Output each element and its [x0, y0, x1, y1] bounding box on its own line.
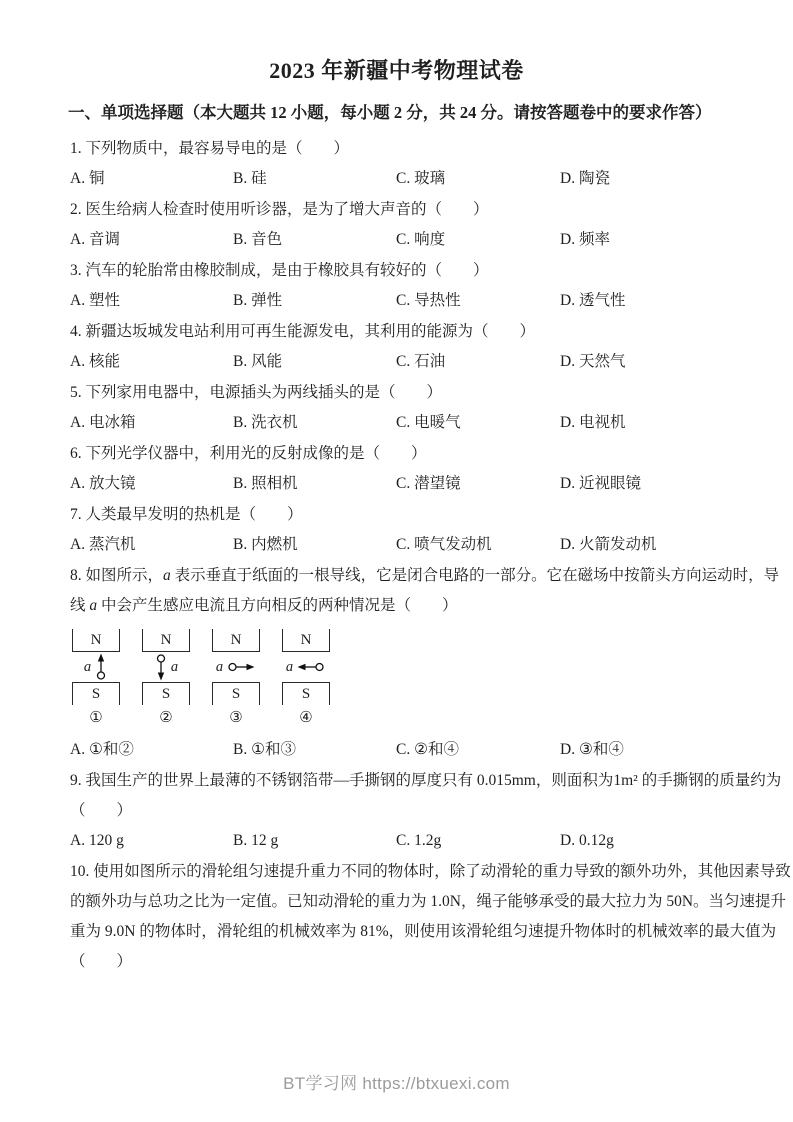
options-row: A. 放大镜B. 照相机C. 潜望镜D. 近视眼镜 [70, 469, 730, 499]
wire-label: a [216, 660, 223, 674]
question-10: 10. 使用如图所示的滑轮组匀速提升重力不同的物体时，除了动滑轮的重力导致的额外… [70, 857, 730, 977]
option: D. 陶瓷 [560, 164, 730, 194]
question-text-line: 3. 汽车的轮胎常由橡胶制成，是由于橡胶具有较好的（ ） [70, 256, 730, 286]
wire-symbol [154, 652, 168, 682]
wire-row: a [72, 652, 120, 682]
option: B. 内燃机 [233, 530, 396, 560]
exam-page: 2023 年新疆中考物理试卷 一、单项选择题（本大题共 12 小题，每小题 2 … [0, 0, 793, 1122]
options-row: A. 音调B. 音色C. 响度D. 频率 [70, 225, 730, 255]
option: C. 潜望镜 [396, 469, 560, 499]
option: C. 电暖气 [396, 408, 560, 438]
question-text-line: 重为 9.0N 的物体时，滑轮组的机械效率为 81%，则使用该滑轮组匀速提升物体… [70, 917, 730, 947]
question-8: 8. 如图所示，a 表示垂直于纸面的一根导线，它是闭合电路的一部分。它在磁场中按… [70, 561, 730, 765]
option: A. 蒸汽机 [70, 530, 233, 560]
south-pole-label: S [142, 682, 190, 705]
section-heading: 一、单项选择题（本大题共 12 小题，每小题 2 分，共 24 分。请按答题卷中… [68, 100, 727, 126]
question-text-line: （ ） [70, 947, 730, 977]
wire-label: a [171, 660, 178, 674]
question-text-line: 8. 如图所示，a 表示垂直于纸面的一根导线，它是闭合电路的一部分。它在磁场中按… [70, 561, 730, 591]
option: D. 透气性 [560, 286, 730, 316]
options-row: A. 塑性B. 弹性C. 导热性D. 透气性 [70, 286, 730, 316]
option: A. 放大镜 [70, 469, 233, 499]
options-row: A. 铜B. 硅C. 玻璃D. 陶瓷 [70, 164, 730, 194]
question-7: 7. 人类最早发明的热机是（ ）A. 蒸汽机B. 内燃机C. 喷气发动机D. 火… [70, 500, 730, 560]
question-3: 3. 汽车的轮胎常由橡胶制成，是由于橡胶具有较好的（ ）A. 塑性B. 弹性C.… [70, 256, 730, 316]
option: D. 电视机 [560, 408, 730, 438]
option: C. 响度 [396, 225, 560, 255]
south-pole-label: S [212, 682, 260, 705]
options-row: A. 电冰箱B. 洗衣机C. 电暖气D. 电视机 [70, 408, 730, 438]
question-9: 9. 我国生产的世界上最薄的不锈钢箔带—手撕钢的厚度只有 0.015mm，则面积… [70, 766, 730, 856]
option: B. 风能 [233, 347, 396, 377]
option: A. 音调 [70, 225, 233, 255]
wire-motion-right-icon [226, 660, 256, 674]
option: B. 洗衣机 [233, 408, 396, 438]
question-text-line: 4. 新疆达坂城发电站利用可再生能源发电，其利用的能源为（ ） [70, 317, 730, 347]
option: C. 喷气发动机 [396, 530, 560, 560]
question-text-line: 9. 我国生产的世界上最薄的不锈钢箔带—手撕钢的厚度只有 0.015mm，则面积… [70, 766, 730, 796]
wire-symbol [226, 660, 256, 674]
question-2: 2. 医生给病人检查时使用听诊器，是为了增大声音的（ ）A. 音调B. 音色C.… [70, 195, 730, 255]
south-pole-label: S [282, 682, 330, 705]
option: C. 1.2g [396, 826, 560, 856]
option: B. 音色 [233, 225, 396, 255]
north-pole-label: N [212, 629, 260, 652]
wire-row: a [212, 652, 260, 682]
north-pole-label: N [142, 629, 190, 652]
option: B. 照相机 [233, 469, 396, 499]
magnet-diagram-4: NaS④ [282, 629, 330, 731]
question-text-line: （ ） [70, 796, 730, 826]
wire-row: a [142, 652, 190, 682]
question-text-line: 线 a 中会产生感应电流且方向相反的两种情况是（ ） [70, 591, 730, 621]
wire-motion-left-icon [296, 660, 326, 674]
magnet-diagram-2: NaS② [142, 629, 190, 731]
wire-label: a [286, 660, 293, 674]
wire-row: a [282, 652, 330, 682]
option: A. 核能 [70, 347, 233, 377]
option: D. 天然气 [560, 347, 730, 377]
north-pole-label: N [72, 629, 120, 652]
option: A. ①和② [70, 735, 233, 765]
diagram-number: ④ [282, 705, 330, 731]
diagram-number: ③ [212, 705, 260, 731]
option: A. 120 g [70, 826, 233, 856]
question-5: 5. 下列家用电器中，电源插头为两线插头的是（ ）A. 电冰箱B. 洗衣机C. … [70, 378, 730, 438]
question-text-line: 10. 使用如图所示的滑轮组匀速提升重力不同的物体时，除了动滑轮的重力导致的额外… [70, 857, 730, 887]
page-title: 2023 年新疆中考物理试卷 [0, 0, 793, 86]
question-text-line: 2. 医生给病人检查时使用听诊器，是为了增大声音的（ ） [70, 195, 730, 225]
question-text-line: 7. 人类最早发明的热机是（ ） [70, 500, 730, 530]
option: D. 0.12g [560, 826, 730, 856]
option: A. 塑性 [70, 286, 233, 316]
option: D. 近视眼镜 [560, 469, 730, 499]
option: A. 电冰箱 [70, 408, 233, 438]
option: B. 12 g [233, 826, 396, 856]
option: B. ①和③ [233, 735, 396, 765]
option: A. 铜 [70, 164, 233, 194]
question-text-line: 1. 下列物质中，最容易导电的是（ ） [70, 134, 730, 164]
diagram-number: ② [142, 705, 190, 731]
option: C. 玻璃 [396, 164, 560, 194]
options-row: A. 120 gB. 12 gC. 1.2gD. 0.12g [70, 826, 730, 856]
question-text-line: 6. 下列光学仪器中，利用光的反射成像的是（ ） [70, 439, 730, 469]
option: B. 硅 [233, 164, 396, 194]
question-text-line: 5. 下列家用电器中，电源插头为两线插头的是（ ） [70, 378, 730, 408]
options-row: A. 核能B. 风能C. 石油D. 天然气 [70, 347, 730, 377]
options-row: A. 蒸汽机B. 内燃机C. 喷气发动机D. 火箭发动机 [70, 530, 730, 560]
question-list: 1. 下列物质中，最容易导电的是（ ）A. 铜B. 硅C. 玻璃D. 陶瓷2. … [70, 134, 730, 977]
south-pole-label: S [72, 682, 120, 705]
question-4: 4. 新疆达坂城发电站利用可再生能源发电，其利用的能源为（ ）A. 核能B. 风… [70, 317, 730, 377]
magnet-diagram-3: NaS③ [212, 629, 260, 731]
wire-label: a [84, 660, 91, 674]
option: B. 弹性 [233, 286, 396, 316]
wire-symbol [94, 652, 108, 682]
option: C. ②和④ [396, 735, 560, 765]
north-pole-label: N [282, 629, 330, 652]
option: C. 导热性 [396, 286, 560, 316]
magnet-figure: NaS①NaS②NaS③NaS④ [72, 629, 730, 731]
wire-symbol [296, 660, 326, 674]
option: D. 频率 [560, 225, 730, 255]
watermark-footer: BT学习网 https://btxuexi.com [0, 1069, 793, 1094]
option: D. 火箭发动机 [560, 530, 730, 560]
magnet-diagram-1: NaS① [72, 629, 120, 731]
question-1: 1. 下列物质中，最容易导电的是（ ）A. 铜B. 硅C. 玻璃D. 陶瓷 [70, 134, 730, 194]
diagram-number: ① [72, 705, 120, 731]
question-text-line: 的额外功与总功之比为一定值。已知动滑轮的重力为 1.0N，绳子能够承受的最大拉力… [70, 887, 730, 917]
options-row: A. ①和②B. ①和③C. ②和④D. ③和④ [70, 735, 730, 765]
option: C. 石油 [396, 347, 560, 377]
option: D. ③和④ [560, 735, 730, 765]
question-6: 6. 下列光学仪器中，利用光的反射成像的是（ ）A. 放大镜B. 照相机C. 潜… [70, 439, 730, 499]
wire-motion-up-icon [94, 652, 108, 682]
wire-motion-down-icon [154, 652, 168, 682]
